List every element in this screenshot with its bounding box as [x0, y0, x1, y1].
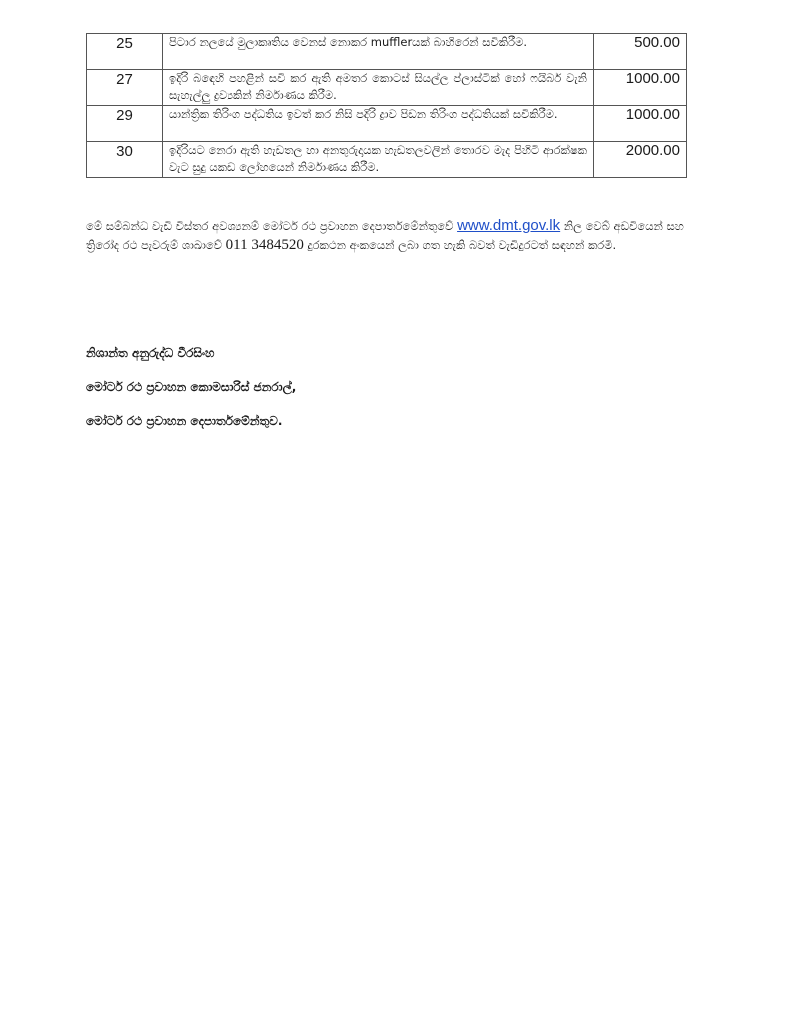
row-number: 25 — [87, 34, 163, 70]
row-number: 30 — [87, 142, 163, 178]
table-row: 27 ඉදිරි බඳෙහි පහළින් සවි කර ඇති අමතර කො… — [87, 70, 687, 106]
row-number: 27 — [87, 70, 163, 106]
website-link[interactable]: www.dmt.gov.lk — [457, 217, 560, 234]
note-text-1: මේ සම්බන්ධ වැඩි විස්තර අවශ්‍යනම් මෝටර් ර… — [86, 219, 457, 233]
signatory-department: මෝටර් රථ ප්‍රවාහන දෙපාර්තමේන්තුව. — [86, 414, 282, 429]
table-row: 29 යාන්ත්‍රික තිරිංග පද්ධතිය ඉවත් කර නිස… — [87, 106, 687, 142]
row-description: යාන්ත්‍රික තිරිංග පද්ධතිය ඉවත් කර නිසි ප… — [163, 106, 594, 142]
contact-note: මේ සම්බන්ධ වැඩි විස්තර අවශ්‍යනම් මෝටර් ර… — [86, 216, 696, 255]
row-fee: 500.00 — [594, 34, 687, 70]
phone-number: 011 3484520 — [226, 237, 304, 253]
row-description: ඉදිරියට නෙරා ඇති හැඩතල හා අනතුරුදායක හැඩ… — [163, 142, 594, 178]
signatory-title: මෝටර් රථ ප්‍රවාහන කොමසාරිස් ජනරාල්, — [86, 380, 296, 395]
row-description: ඉදිරි බඳෙහි පහළින් සවි කර ඇති අමතර කොටස්… — [163, 70, 594, 106]
row-number: 29 — [87, 106, 163, 142]
row-description: පිටාර නලයේ මුලාකෘතිය වෙනස් නොකර mufflerය… — [163, 34, 594, 70]
row-fee: 2000.00 — [594, 142, 687, 178]
table-row: 25 පිටාර නලයේ මුලාකෘතිය වෙනස් නොකර muffl… — [87, 34, 687, 70]
table-row: 30 ඉදිරියට නෙරා ඇති හැඩතල හා අනතුරුදායක … — [87, 142, 687, 178]
note-text-3: දුරකථන අංකයෙන් ලබා ගත හැකි බවත් වැඩිදුරට… — [304, 238, 616, 252]
row-fee: 1000.00 — [594, 106, 687, 142]
fee-table: 25 පිටාර නලයේ මුලාකෘතිය වෙනස් නොකර muffl… — [86, 33, 687, 178]
row-fee: 1000.00 — [594, 70, 687, 106]
signatory-name: නිශාන්ත අනුරුද්ධ වීරසිංහ — [86, 346, 215, 361]
